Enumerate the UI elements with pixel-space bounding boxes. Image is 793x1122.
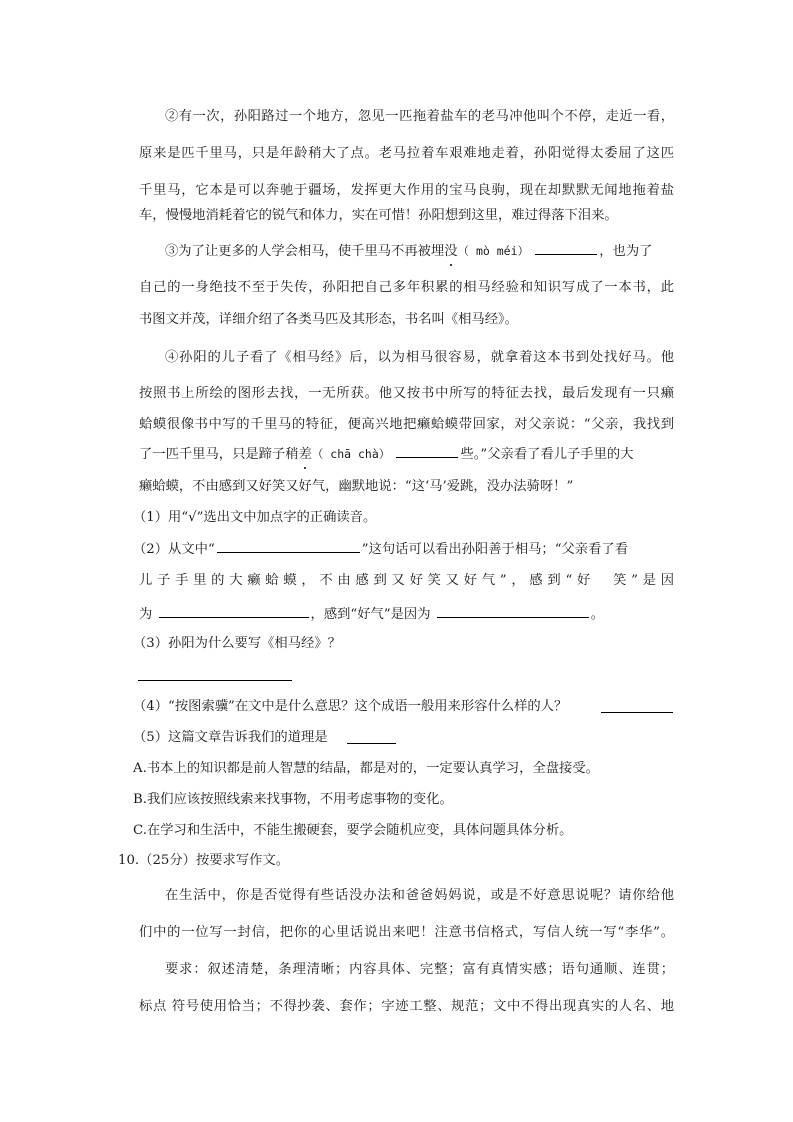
q2-text-c: 为 <box>139 607 152 622</box>
p4-text-b: 些。”父亲看了看儿子手里的大 <box>460 447 633 462</box>
answer-line-q3[interactable] <box>138 680 292 681</box>
question-4: （4）“按图索骥”在文中是什么意思？这个成语一般用来形容什么样的人？ <box>133 697 603 717</box>
q2-text-a: （2）从文中“ <box>133 542 215 557</box>
p3-line-3: 书图文并茂，详细介绍了各类马匹及其形态，书名叫《相马经》。 <box>139 310 674 330</box>
q2-text-e: 。 <box>591 607 604 622</box>
question-2-line-3: 为 ，感到“好气”是因为 。 <box>139 603 674 625</box>
dotted-char-cha: 差 <box>299 445 312 465</box>
answer-blank-haoxiao[interactable] <box>159 603 309 618</box>
p4-line-3: 蛤蟆很像书中写的千里马的特征，便高兴地把癞蛤蟆带回家，对父亲说：“父亲，我找到 <box>139 415 674 435</box>
p4-line-4: 了一匹千里马，只是蹄子稍差（ chā chà） 些。”父亲看了看儿子手里的大 <box>139 443 674 465</box>
question-3: （3）孙阳为什么要写《相马经》？ <box>133 634 668 654</box>
pinyin-options-momei: （ mò méi） <box>458 244 529 258</box>
question-1: （1）用“√”选出文中加点字的正确读音。 <box>133 508 668 528</box>
dotted-char-mei: 没 <box>444 242 457 262</box>
p4-line-5: 癞蛤蟆，不由感到又好笑又好气，幽默地说：“这‘马’爱跳，没办法骑呀！” <box>139 477 674 497</box>
answer-line-q4[interactable] <box>601 712 673 713</box>
q10-line-1: 在生活中，你是否觉得有些话没办法和爸爸妈妈说，或是不好意思说呢？请你给他 <box>165 886 674 906</box>
q10-line-3: 要求：叙述清楚，条理清晰；内容具体、完整；富有真情实感；语句通顺、连贯； <box>165 960 674 980</box>
answer-line-q5[interactable] <box>347 743 396 744</box>
q2-text-b: ”这句话可以看出孙阳善于相马；“父亲看了看 <box>362 542 628 557</box>
option-c: C.在学习和生活中，不能生搬硬套，要学会随机应变，具体问题具体分析。 <box>133 821 668 841</box>
p3-line-2: 自己的一身绝技不至于失传，孙阳把自己多年积累的相马经验和知识写成了一本书，此 <box>139 278 674 298</box>
answer-blank-chacha[interactable] <box>396 443 458 458</box>
p2-line-4: 车，慢慢地消耗着它的锐气和体力，实在可惜！孙阳想到这里，难过得落下泪来。 <box>139 206 674 226</box>
p3-text-b: ，也为了 <box>599 244 652 259</box>
answer-blank-q2-quote[interactable] <box>217 538 360 553</box>
question-10-title: 10.（25分）按要求写作文。 <box>118 851 653 871</box>
p4-line-2: 按照书上所绘的图形去找，一无所获。他又按书中所写的特征去找，最后发现有一只癞 <box>139 384 674 404</box>
q10-line-2: 们中的一位写一封信，把你的心里话说出来吧！注意书信格式，写信人统一写“李华”。 <box>139 923 674 943</box>
p4-line-1: ④孙阳的儿子看了《相马经》后，以为相马很容易，就拿着这本书到处找好马。他 <box>165 348 674 368</box>
pinyin-options-chacha: （ chā chà） <box>312 447 390 461</box>
answer-blank-momei[interactable] <box>535 240 597 255</box>
p2-line-1: ②有一次，孙阳路过一个地方，忽见一匹拖着盐车的老马冲他叫个不停，走近一看， <box>165 107 674 127</box>
q2-text-d: ，感到“好气”是因为 <box>311 607 431 622</box>
question-2-line-1: （2）从文中“”这句话可以看出孙阳善于相马；“父亲看了看 <box>133 538 668 560</box>
question-5: （5）这篇文章告诉我们的道理是 <box>133 728 343 748</box>
answer-blank-haoqi[interactable] <box>437 603 589 618</box>
p3-text-a: ③为了让更多的人学会相马，使千里马不再被埋 <box>165 244 444 259</box>
p2-line-2: 原来是匹千里马，只是年龄稍大了点。老马拉着车艰难地走着，孙阳觉得太委屈了这匹 <box>139 144 674 164</box>
p3-line-1: ③为了让更多的人学会相马，使千里马不再被埋没（ mò méi） ，也为了 <box>165 240 674 262</box>
p4-text-a: 了一匹千里马，只是蹄子稍 <box>139 447 299 462</box>
option-a: A.书本上的知识都是前人智慧的结晶，都是对的，一定要认真学习，全盘接受。 <box>133 759 668 779</box>
q10-line-4: 标点 符号使用恰当；不得抄袭、套作；字迹工整、规范；文中不得出现真实的人名、地 <box>139 997 674 1017</box>
p2-line-3: 千里马，它本是可以奔驰于疆场，发挥更大作用的宝马良驹，现在却默默无闻地拖着盐 <box>139 181 674 201</box>
question-2-line-2: 儿子手里的大癞蛤蟆，不由感到又好笑又好气”，感到“好 笑”是因 <box>139 571 674 591</box>
option-b: B.我们应该按照线索来找事物，不用考虑事物的变化。 <box>133 790 668 810</box>
